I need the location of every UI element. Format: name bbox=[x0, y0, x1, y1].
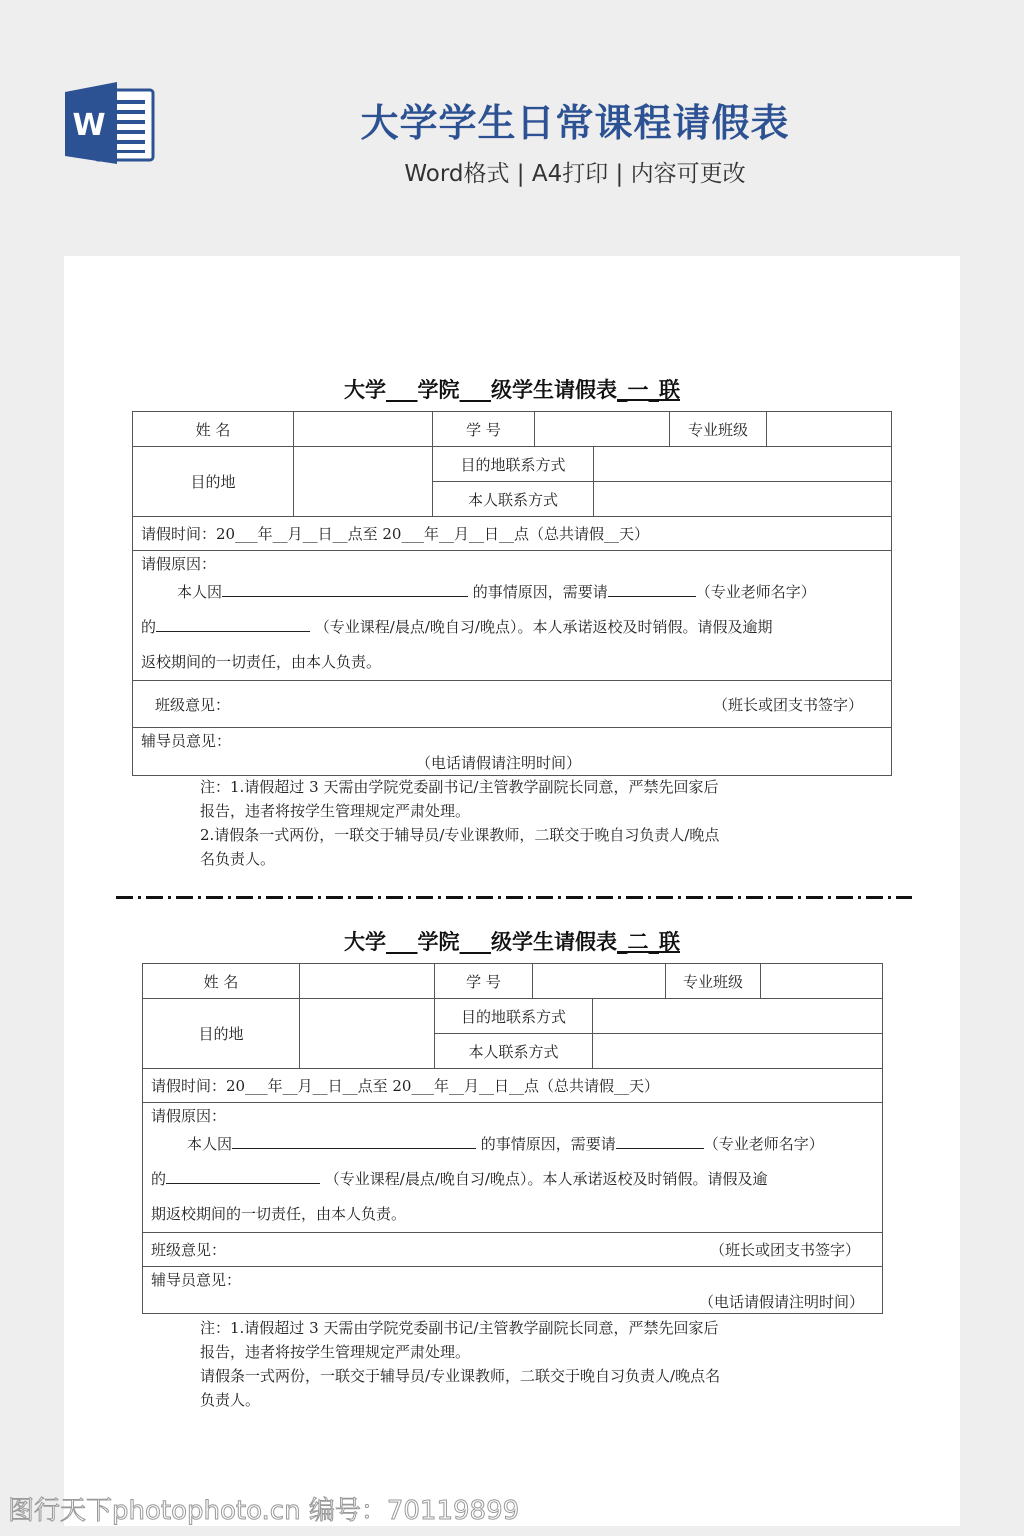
major-class-field[interactable] bbox=[761, 964, 883, 999]
major-class-label: 专业班级 bbox=[670, 412, 767, 447]
notes-2: 注：1.请假超过 3 天需由学院党委副书记/主管教学副院长同意，严禁先回家后 报… bbox=[200, 1316, 720, 1412]
class-opinion-label: 班级意见： bbox=[151, 1241, 226, 1259]
reason-label: 请假原因： bbox=[151, 1105, 874, 1127]
form-title-1: 大学___学院___级学生请假表_一_联 bbox=[64, 374, 960, 404]
dest-contact-label: 目的地联系方式 bbox=[433, 447, 594, 482]
reason-blank[interactable] bbox=[232, 1133, 476, 1149]
name-field[interactable] bbox=[294, 412, 433, 447]
reason-blank[interactable] bbox=[222, 581, 468, 597]
leave-time-row[interactable]: 请假时间：20___年__月__日__点至 20___年__月__日__点（总共… bbox=[143, 1069, 883, 1103]
reason-line-1: 本人因 的事情原因，需要请（专业老师名字） bbox=[141, 575, 883, 610]
major-class-field[interactable] bbox=[767, 412, 892, 447]
destination-field[interactable] bbox=[300, 999, 435, 1069]
reason-line-2: 的 （专业课程/晨点/晚自习/晚点）。本人承诺返校及时销假。请假及逾 bbox=[151, 1162, 874, 1197]
self-contact-field[interactable] bbox=[594, 482, 892, 517]
self-contact-label: 本人联系方式 bbox=[433, 482, 594, 517]
notes-1: 注：1.请假超过 3 天需由学院党委副书记/主管教学副院长同意，严禁先回家后 报… bbox=[200, 775, 719, 871]
counselor-opinion-label: 辅导员意见： bbox=[151, 1269, 874, 1291]
document-page: 大学___学院___级学生请假表_一_联 姓 名 学 号 专业班级 目的地 目的… bbox=[64, 256, 960, 1526]
student-id-field[interactable] bbox=[533, 964, 666, 999]
reason-line-2: 的 （专业课程/晨点/晚自习/晚点）。本人承诺返校及时销假。请假及逾期 bbox=[141, 610, 883, 645]
svg-text:W: W bbox=[72, 108, 105, 143]
self-contact-field[interactable] bbox=[593, 1034, 883, 1069]
word-icon: W bbox=[65, 82, 157, 164]
destination-label: 目的地 bbox=[133, 447, 294, 517]
self-contact-label: 本人联系方式 bbox=[435, 1034, 593, 1069]
dest-contact-field[interactable] bbox=[594, 447, 892, 482]
major-class-label: 专业班级 bbox=[666, 964, 761, 999]
leave-form-table-1: 姓 名 学 号 专业班级 目的地 目的地联系方式 本人联系方式 请假时间：20_… bbox=[132, 411, 892, 776]
counselor-note: （电话请假请注明时间） bbox=[141, 752, 883, 774]
cut-line-divider bbox=[116, 896, 912, 899]
course-blank[interactable] bbox=[166, 1168, 320, 1184]
class-sign-note: （班长或团支书签字） bbox=[710, 1239, 860, 1260]
form-title-2: 大学___学院___级学生请假表_二_联 bbox=[64, 926, 960, 956]
class-opinion-label: 班级意见： bbox=[155, 696, 230, 714]
banner-title: 大学学生日常课程请假表 bbox=[290, 92, 860, 147]
destination-field[interactable] bbox=[294, 447, 433, 517]
student-id-field[interactable] bbox=[535, 412, 670, 447]
leave-reason-cell[interactable]: 请假原因： 本人因 的事情原因，需要请（专业老师名字） 的 （专业课程/晨点/晚… bbox=[133, 551, 892, 681]
reason-label: 请假原因： bbox=[141, 553, 883, 575]
reason-line-1: 本人因 的事情原因，需要请（专业老师名字） bbox=[151, 1127, 874, 1162]
class-opinion-cell[interactable]: 班级意见： （班长或团支书签字） bbox=[143, 1233, 883, 1267]
reason-line-3: 返校期间的一切责任，由本人负责。 bbox=[141, 645, 883, 680]
name-label: 姓 名 bbox=[133, 412, 294, 447]
class-sign-note: （班长或团支书签字） bbox=[713, 694, 863, 715]
counselor-opinion-cell[interactable]: 辅导员意见： （电话请假请注明时间） bbox=[133, 728, 892, 776]
name-field[interactable] bbox=[300, 964, 435, 999]
reason-line-3: 期返校期间的一切责任，由本人负责。 bbox=[151, 1197, 874, 1232]
banner-subtitle: Word格式 | A4打印 | 内容可更改 bbox=[290, 155, 860, 188]
destination-label: 目的地 bbox=[143, 999, 300, 1069]
leave-reason-cell[interactable]: 请假原因： 本人因 的事情原因，需要请（专业老师名字） 的 （专业课程/晨点/晚… bbox=[143, 1103, 883, 1233]
name-label: 姓 名 bbox=[143, 964, 300, 999]
teacher-blank[interactable] bbox=[608, 581, 696, 597]
class-opinion-cell[interactable]: 班级意见： （班长或团支书签字） bbox=[133, 681, 892, 728]
leave-time-row[interactable]: 请假时间：20___年__月__日__点至 20___年__月__日__点（总共… bbox=[133, 517, 892, 551]
watermark: 图行天下photophoto.cn 编号：70119899 bbox=[8, 1490, 519, 1527]
counselor-note: （电话请假请注明时间） bbox=[151, 1291, 874, 1313]
counselor-opinion-label: 辅导员意见： bbox=[141, 730, 883, 752]
course-blank[interactable] bbox=[156, 616, 310, 632]
student-id-label: 学 号 bbox=[435, 964, 533, 999]
student-id-label: 学 号 bbox=[433, 412, 535, 447]
leave-form-table-2: 姓 名 学 号 专业班级 目的地 目的地联系方式 本人联系方式 请假时间：20_… bbox=[142, 963, 883, 1314]
teacher-blank[interactable] bbox=[616, 1133, 704, 1149]
dest-contact-label: 目的地联系方式 bbox=[435, 999, 593, 1034]
counselor-opinion-cell[interactable]: 辅导员意见： （电话请假请注明时间） bbox=[143, 1267, 883, 1314]
dest-contact-field[interactable] bbox=[593, 999, 883, 1034]
